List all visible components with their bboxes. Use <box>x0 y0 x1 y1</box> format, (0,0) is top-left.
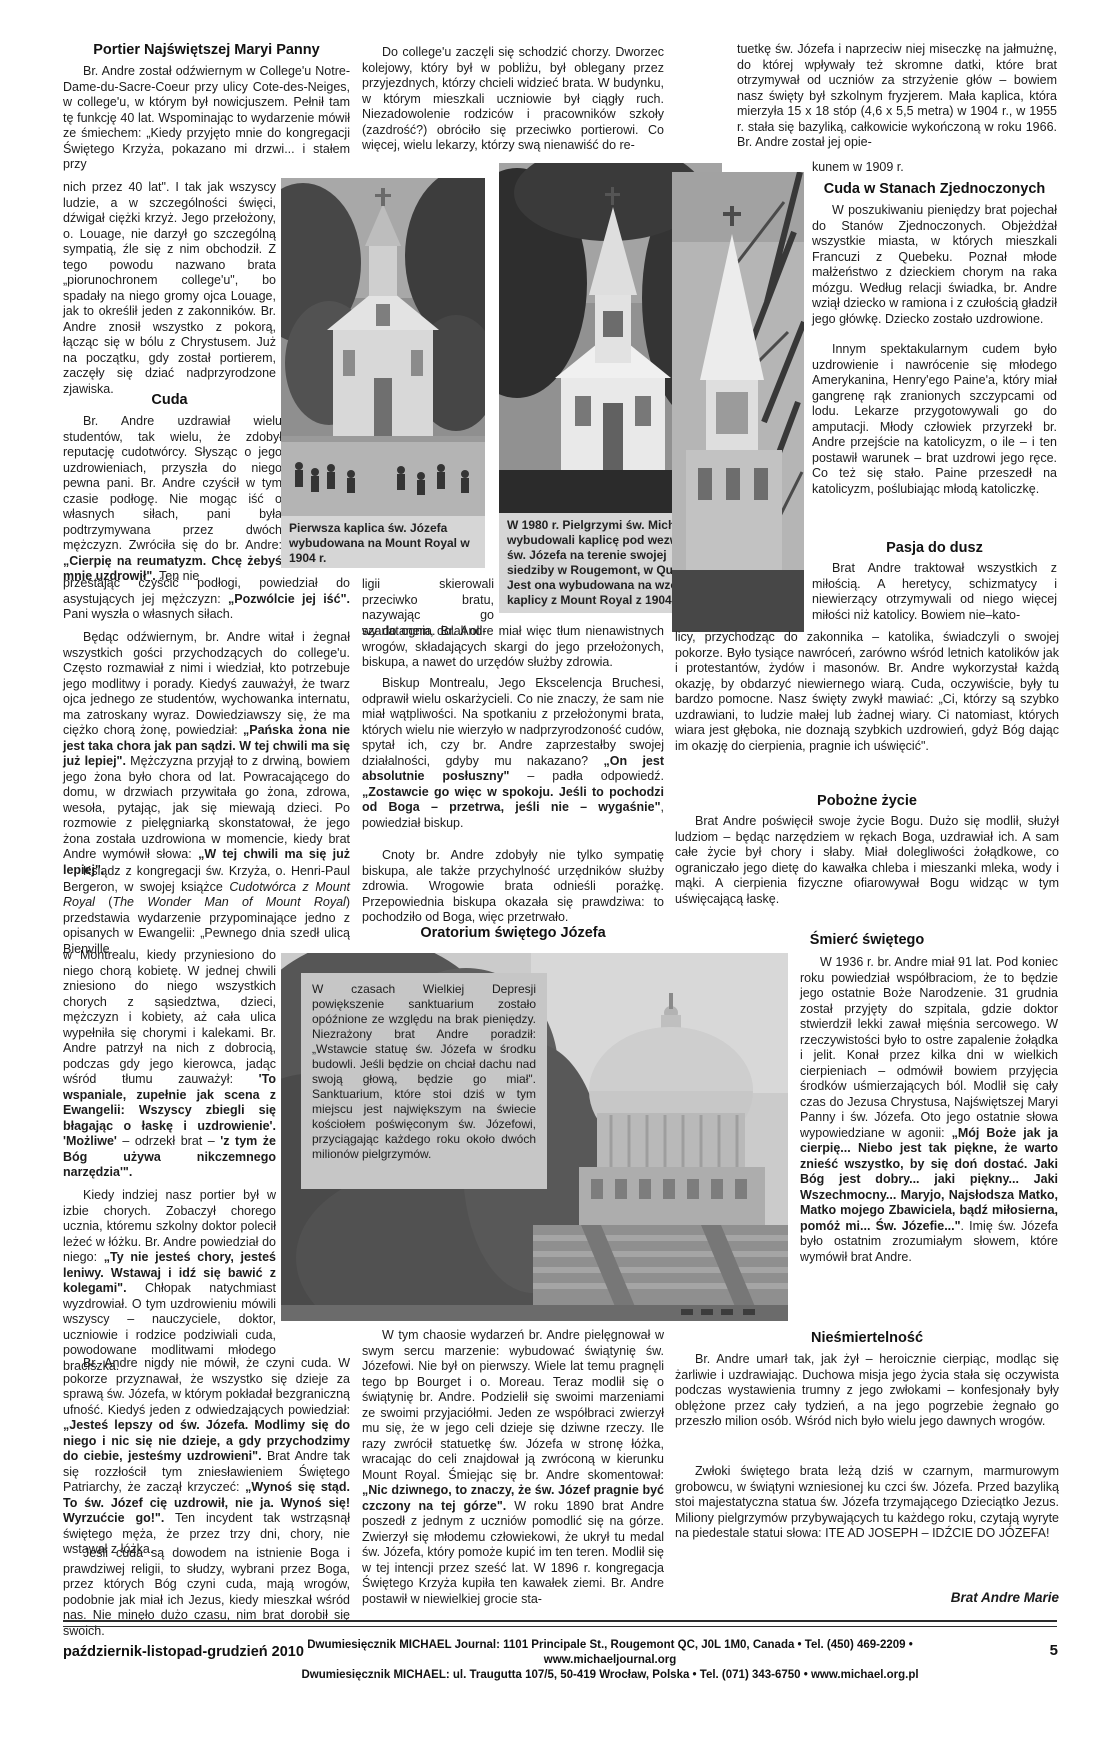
paragraph-pani-narrow: Br. Andre uzdrawiał wielu studentów, tak… <box>63 414 282 585</box>
paragraph-chorzy: Do college'u zaczęli się schodzić chorzy… <box>362 45 664 154</box>
paragraph-niesmiertelnosc: Br. Andre umarł tak, jak żył – heroiczni… <box>675 1352 1059 1430</box>
paragraph-ksiadz-wide: Ksiądz z kongregacji św. Krzyża, o. Henr… <box>63 864 350 957</box>
paragraph-pasja-narrow: Brat Andre traktował wszystkich z miłośc… <box>812 561 1057 623</box>
winter-church-illustration <box>672 172 804 632</box>
paragraph-kiedy-indziej: Kiedy indziej nasz portier był w izbie c… <box>63 1188 276 1374</box>
paragraph-cnoty: Cnoty br. Andre zdobyły nie tylko sympat… <box>362 848 664 926</box>
paragraph-pani-wide: przestając czyścić podłogi, powiedział d… <box>63 576 350 623</box>
photo-overlay-note-depression: W czasach Wielkiej Depresji powiększenie… <box>301 973 547 1189</box>
page-number: 5 <box>1038 1642 1058 1659</box>
section-heading-portier: Portier Najświętszej Maryi Panny <box>63 42 350 59</box>
paragraph-ligii-wide: wy do ognia. Br. Andre miał więc tłum ni… <box>362 624 664 671</box>
paragraph-statuetka-tail: kunem w 1909 r. <box>812 160 1057 176</box>
section-heading-pasja: Pasja do dusz <box>812 540 1057 557</box>
chapel-1904-illustration <box>281 178 485 516</box>
section-heading-niesmiertelnosc: Nieśmiertelność <box>675 1330 1059 1347</box>
photo-caption-chapel-1904: Pierwsza kaplica św. Józefa wybudowana n… <box>281 516 485 568</box>
paragraph-zwloki: Zwłoki świętego brata leżą dziś w czarny… <box>675 1464 1059 1542</box>
paragraph-statuetka: tuetkę św. Józefa i naprzeciw niej misec… <box>737 42 1057 151</box>
paragraph-chaos: W tym chaosie wydarzeń br. Andre pielęgn… <box>362 1328 664 1607</box>
photo-winter-church <box>672 172 804 632</box>
footer-address-line1: Dwumiesięcznik MICHAEL Journal: 1101 Pri… <box>290 1638 930 1668</box>
section-heading-pobozne: Pobożne życie <box>675 793 1059 810</box>
section-heading-cuda-usa: Cuda w Stanach Zjednoczonych <box>812 181 1057 198</box>
section-heading-oratorium: Oratorium świętego Józefa <box>362 925 664 942</box>
footer-publisher-address: Dwumiesięcznik MICHAEL Journal: 1101 Pri… <box>290 1638 930 1683</box>
paragraph-ksiadz-narrow: w Montrealu, kiedy przyniesiono do niego… <box>63 948 276 1181</box>
paragraph-pasja-wide: licy, przychodząc do zakonnika – katolik… <box>675 630 1059 754</box>
paragraph-portier-narrow: nich przez 40 lat". I tak jak wszyscy lu… <box>63 180 276 397</box>
paragraph-poszukiwanie: W poszukiwaniu pieniędzy brat pojechał d… <box>812 203 1057 327</box>
article-signature: Brat Andre Marie <box>675 1590 1059 1605</box>
paragraph-nigdy: Br. Andre nigdy nie mówił, że czyni cuda… <box>63 1356 350 1558</box>
footer-divider <box>63 1620 1057 1627</box>
paragraph-biskup: Biskup Montrealu, Jego Ekscelencja Bruch… <box>362 676 664 831</box>
paragraph-portier-wide: Br. Andre został odźwiernym w College'u … <box>63 64 350 173</box>
paragraph-bedac: Będąc odźwiernym, br. Andre witał i żegn… <box>63 630 350 878</box>
footer-address-line2: Dwumiesięcznik MICHAEL: ul. Traugutta 10… <box>290 1668 930 1683</box>
section-heading-smierc: Śmierć świętego <box>675 932 1059 949</box>
newspaper-page: Portier Najświętszej Maryi Panny Br. And… <box>0 0 1118 1751</box>
section-heading-cuda: Cuda <box>63 392 276 409</box>
paragraph-smierc: W 1936 r. br. Andre miał 91 lat. Pod kon… <box>800 955 1058 1265</box>
overlay-note-text: W czasach Wielkiej Depresji powiększenie… <box>312 982 536 1161</box>
paragraph-paine: Innym spektakularnym cudem było uzdrowie… <box>812 342 1057 497</box>
photo-chapel-mount-royal-1904 <box>281 178 485 516</box>
paragraph-pobozne: Brat Andre poświęcił swoje życie Bogu. D… <box>675 814 1059 907</box>
